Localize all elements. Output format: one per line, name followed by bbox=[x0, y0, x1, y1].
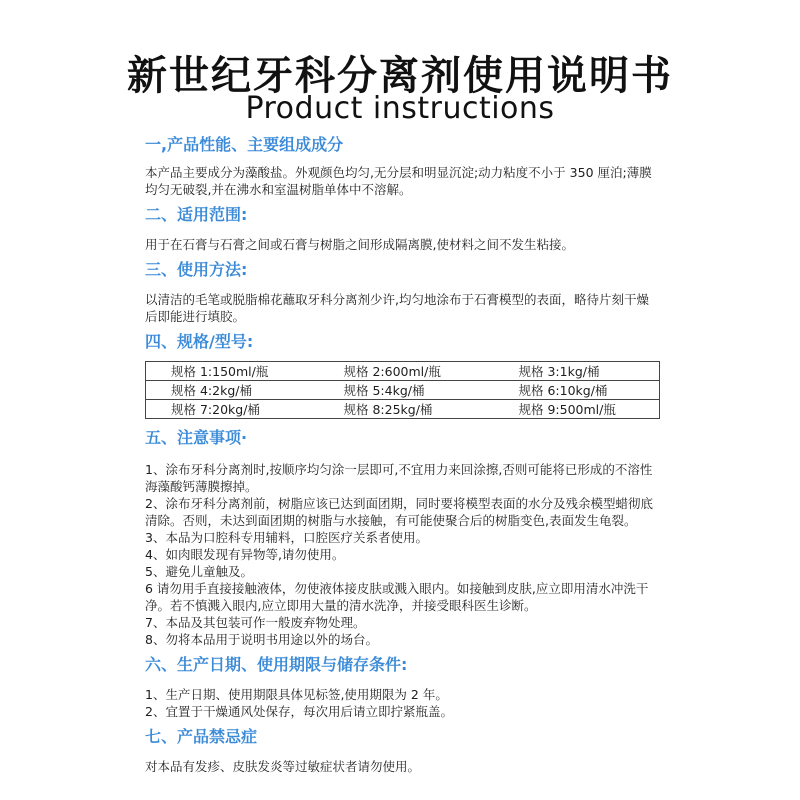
precautions-list: 1、涂布牙科分离剂时,按顺序均匀涂一层即可,不宜用力来回涂擦,否则可能将已形成的… bbox=[145, 461, 660, 648]
list-item: 1、涂布牙科分离剂时,按顺序均匀涂一层即可,不宜用力来回涂擦,否则可能将已形成的… bbox=[145, 461, 660, 495]
table-cell: 规格 7:20kg/桶 bbox=[146, 400, 324, 419]
table-row: 规格 7:20kg/桶 规格 8:25kg/桶 规格 9:500ml/瓶 bbox=[146, 400, 660, 419]
list-item: 2、宜置于干燥通风处保存，每次用后请立即拧紧瓶盖。 bbox=[145, 703, 660, 720]
list-item: 7、本品及其包装可作一般废弃物处理。 bbox=[145, 614, 660, 631]
list-item: 4、如肉眼发现有异物等,请勿使用。 bbox=[145, 546, 660, 563]
section-text: 用于在石膏与石膏之间或石膏与树脂之间形成隔离膜,使材料之间不发生粘接。 bbox=[145, 236, 660, 253]
section-storage: 六、生产日期、使用期限与储存条件: 1、生产日期、使用期限具体见标签,使用期限为… bbox=[145, 654, 660, 720]
list-item: 6 请勿用手直接接触液体，勿使液体接皮肤或溅入眼内。如接触到皮肤,应立即用清水冲… bbox=[145, 580, 660, 614]
list-item: 2、涂布牙科分离剂前，树脂应该已达到面团期，同时要将模型表面的水分及残余模型蜡彻… bbox=[145, 495, 660, 529]
section-heading: 五、注意事项· bbox=[145, 427, 660, 449]
section-heading: 二、适用范围: bbox=[145, 204, 660, 226]
storage-list: 1、生产日期、使用期限具体见标签,使用期限为 2 年。 2、宜置于干燥通风处保存… bbox=[145, 686, 660, 720]
section-text: 本产品主要成分为藻酸盐。外观颜色均匀,无分层和明显沉淀;动力粘度不小于 350 … bbox=[145, 164, 660, 198]
table-cell: 规格 3:1kg/桶 bbox=[509, 362, 660, 381]
section-contraindications: 七、产品禁忌症 对本品有发疹、皮肤发炎等过敏症状者请勿使用。 bbox=[145, 726, 660, 775]
table-row: 规格 1:150ml/瓶 规格 2:600ml/瓶 规格 3:1kg/桶 bbox=[146, 362, 660, 381]
section-heading: 七、产品禁忌症 bbox=[145, 726, 660, 748]
document-body: 一,产品性能、主要组成成分 本产品主要成分为藻酸盐。外观颜色均匀,无分层和明显沉… bbox=[145, 134, 660, 775]
table-cell: 规格 8:25kg/桶 bbox=[324, 400, 509, 419]
section-heading: 四、规格/型号: bbox=[145, 331, 660, 353]
table-cell: 规格 5:4kg/桶 bbox=[324, 381, 509, 400]
table-cell: 规格 1:150ml/瓶 bbox=[146, 362, 324, 381]
title-en: Product instructions bbox=[0, 93, 800, 125]
section-properties: 一,产品性能、主要组成成分 本产品主要成分为藻酸盐。外观颜色均匀,无分层和明显沉… bbox=[145, 134, 660, 198]
table-cell: 规格 6:10kg/桶 bbox=[509, 381, 660, 400]
table-cell: 规格 9:500ml/瓶 bbox=[509, 400, 660, 419]
list-item: 8、勿将本品用于说明书用途以外的场台。 bbox=[145, 631, 660, 648]
list-item: 3、本品为口腔科专用辅料，口腔医疗关系者使用。 bbox=[145, 529, 660, 546]
section-heading: 六、生产日期、使用期限与储存条件: bbox=[145, 654, 660, 676]
table-row: 规格 4:2kg/桶 规格 5:4kg/桶 规格 6:10kg/桶 bbox=[146, 381, 660, 400]
section-heading: 一,产品性能、主要组成成分 bbox=[145, 134, 660, 156]
section-text: 对本品有发疹、皮肤发炎等过敏症状者请勿使用。 bbox=[145, 758, 660, 775]
section-precautions: 五、注意事项· 1、涂布牙科分离剂时,按顺序均匀涂一层即可,不宜用力来回涂擦,否… bbox=[145, 427, 660, 648]
list-item: 1、生产日期、使用期限具体见标签,使用期限为 2 年。 bbox=[145, 686, 660, 703]
list-item: 5、避免儿童触及。 bbox=[145, 563, 660, 580]
section-usage: 三、使用方法: 以清洁的毛笔或脱脂棉花蘸取牙科分离剂少许,均匀地涂布于石膏模型的… bbox=[145, 259, 660, 325]
table-cell: 规格 2:600ml/瓶 bbox=[324, 362, 509, 381]
section-specs: 四、规格/型号: 规格 1:150ml/瓶 规格 2:600ml/瓶 规格 3:… bbox=[145, 331, 660, 419]
spec-table: 规格 1:150ml/瓶 规格 2:600ml/瓶 规格 3:1kg/桶 规格 … bbox=[145, 361, 660, 419]
section-text: 以清洁的毛笔或脱脂棉花蘸取牙科分离剂少许,均匀地涂布于石膏模型的表面，略待片刻干… bbox=[145, 291, 660, 325]
section-heading: 三、使用方法: bbox=[145, 259, 660, 281]
section-scope: 二、适用范围: 用于在石膏与石膏之间或石膏与树脂之间形成隔离膜,使材料之间不发生… bbox=[145, 204, 660, 253]
table-cell: 规格 4:2kg/桶 bbox=[146, 381, 324, 400]
